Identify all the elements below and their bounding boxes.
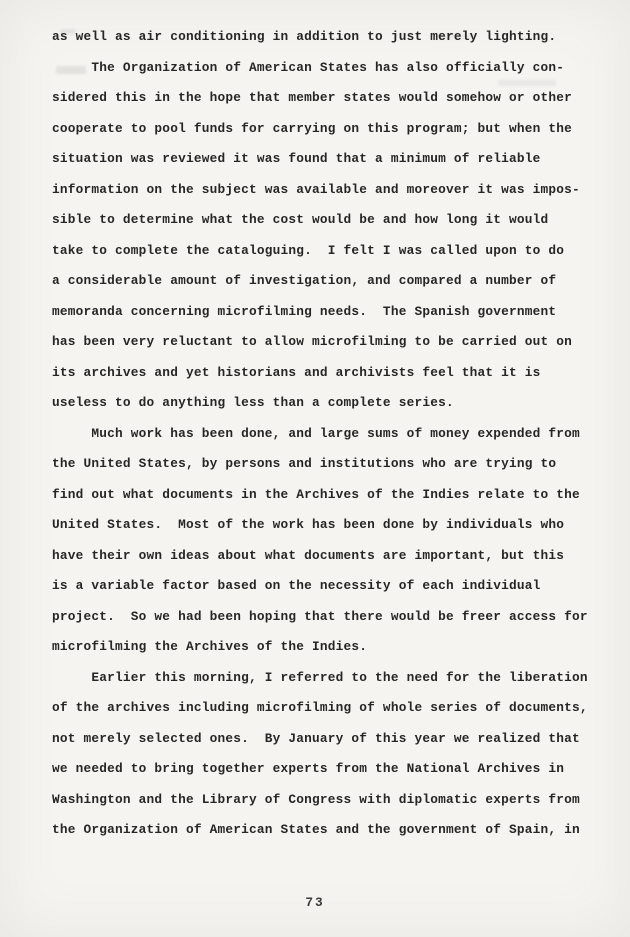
text-line: as well as air conditioning in addition … xyxy=(52,22,592,53)
text-line: microfilming the Archives of the Indies. xyxy=(52,632,592,663)
text-line: sible to determine what the cost would b… xyxy=(52,205,592,236)
text-line: sidered this in the hope that member sta… xyxy=(52,83,592,114)
text-line: The Organization of American States has … xyxy=(52,53,592,84)
text-line: Much work has been done, and large sums … xyxy=(52,419,592,450)
text-line: cooperate to pool funds for carrying on … xyxy=(52,114,592,145)
text-line: useless to do anything less than a compl… xyxy=(52,388,592,419)
text-line: of the archives including microfilming o… xyxy=(52,693,592,724)
text-line: have their own ideas about what document… xyxy=(52,541,592,572)
text-line: project. So we had been hoping that ther… xyxy=(52,602,592,633)
document-page: as well as air conditioning in addition … xyxy=(0,0,630,937)
document-text-block: as well as air conditioning in addition … xyxy=(52,22,592,846)
text-line: take to complete the cataloguing. I felt… xyxy=(52,236,592,267)
text-line: its archives and yet historians and arch… xyxy=(52,358,592,389)
text-line: find out what documents in the Archives … xyxy=(52,480,592,511)
text-line: the United States, by persons and instit… xyxy=(52,449,592,480)
text-line: is a variable factor based on the necess… xyxy=(52,571,592,602)
page-number: 73 xyxy=(0,895,630,910)
text-line: we needed to bring together experts from… xyxy=(52,754,592,785)
text-line: a considerable amount of investigation, … xyxy=(52,266,592,297)
text-line: has been very reluctant to allow microfi… xyxy=(52,327,592,358)
text-line: situation was reviewed it was found that… xyxy=(52,144,592,175)
text-line: Earlier this morning, I referred to the … xyxy=(52,663,592,694)
text-line: not merely selected ones. By January of … xyxy=(52,724,592,755)
text-line: memoranda concerning microfilming needs.… xyxy=(52,297,592,328)
text-line: United States. Most of the work has been… xyxy=(52,510,592,541)
text-line: information on the subject was available… xyxy=(52,175,592,206)
text-line: the Organization of American States and … xyxy=(52,815,592,846)
text-line: Washington and the Library of Congress w… xyxy=(52,785,592,816)
